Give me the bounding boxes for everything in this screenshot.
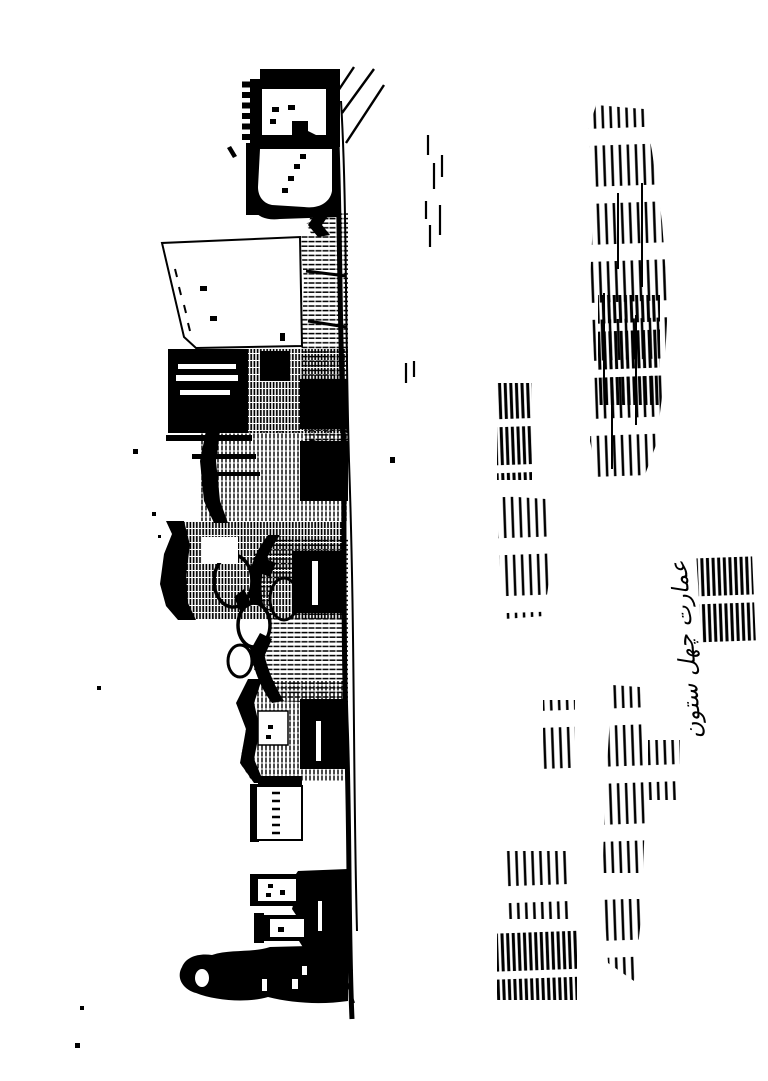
keep-shadow bbox=[260, 69, 340, 81]
left-tower-2-face bbox=[270, 919, 304, 937]
fg-patch-left-2 bbox=[505, 851, 569, 919]
left-outcrop bbox=[180, 945, 348, 1003]
keep-tower bbox=[242, 69, 340, 143]
left-towers bbox=[250, 869, 348, 949]
boulder-3 bbox=[228, 645, 252, 677]
upperleft-slit bbox=[312, 561, 318, 605]
outcrop-hole bbox=[195, 969, 209, 987]
upperleft-dark-patch bbox=[292, 551, 346, 613]
standing-column-2 bbox=[192, 454, 256, 459]
fg-cluster bbox=[648, 740, 680, 800]
mid-ruin-dark-patch bbox=[300, 699, 346, 769]
bastion-tower bbox=[246, 137, 340, 219]
fg-caption-streaks bbox=[696, 551, 756, 649]
plate-illustration: عمارت چهل ستون bbox=[0, 0, 768, 1081]
left-towers-slit bbox=[318, 901, 322, 931]
ticked-wall bbox=[250, 776, 302, 842]
fg-band-left-gap bbox=[600, 873, 650, 899]
mid-ruin-slit bbox=[316, 721, 321, 761]
upperleft-notch bbox=[202, 537, 238, 563]
fg-band-right bbox=[588, 105, 668, 483]
keep-parapet bbox=[250, 79, 257, 143]
standing-column-3 bbox=[206, 472, 260, 476]
fg-slope-strokes bbox=[406, 135, 442, 383]
scanned-book-page: عمارت چهل ستون bbox=[0, 0, 768, 1081]
left-tower-2-window bbox=[278, 927, 284, 932]
left-tower-1-face bbox=[258, 879, 296, 901]
left-tower-2-cap bbox=[254, 913, 264, 943]
fg-band-right-core bbox=[598, 295, 660, 405]
central-palace-ruins bbox=[162, 231, 348, 523]
fg-patch-left-1 bbox=[497, 926, 577, 1000]
bastion-face bbox=[258, 149, 332, 207]
upperleft-mass bbox=[160, 521, 346, 620]
fg-band-left bbox=[602, 685, 646, 981]
palace-white-face bbox=[162, 237, 302, 348]
right-slope-strokes bbox=[338, 67, 384, 143]
fg-patch-small bbox=[543, 700, 575, 770]
palace-slits bbox=[176, 364, 238, 395]
rotated-scene: عمارت چهل ستون bbox=[75, 67, 756, 1048]
standing-column-1 bbox=[166, 435, 252, 441]
fg-patch-right bbox=[497, 383, 532, 480]
cliff-hatch bbox=[300, 231, 348, 461]
foreground-shading bbox=[406, 105, 756, 1000]
fg-patch-mid bbox=[498, 496, 549, 619]
